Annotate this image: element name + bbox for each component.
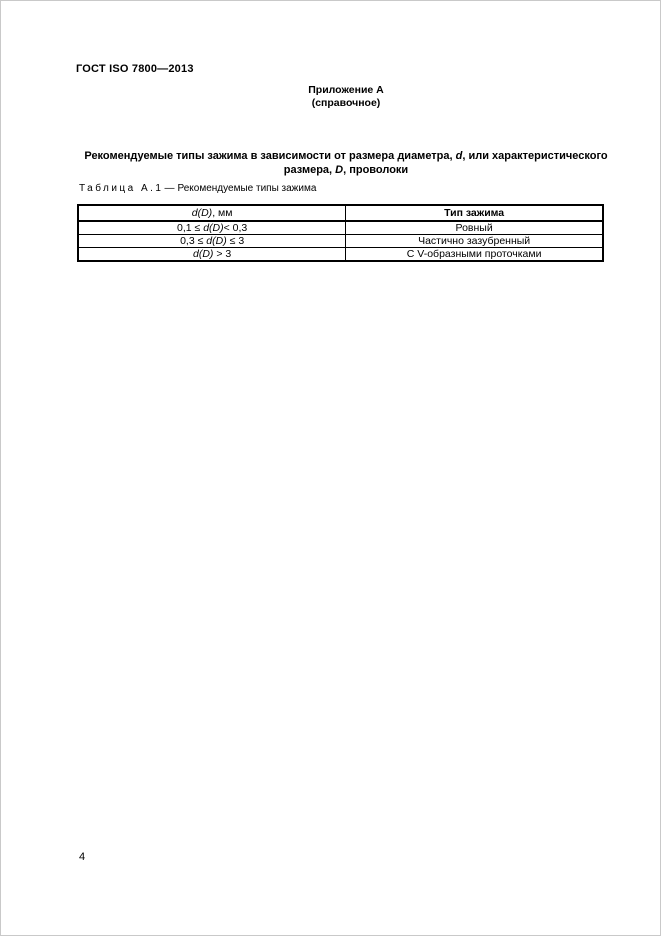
heading-symbol-D: D <box>335 164 343 176</box>
cell-size-range: 0,1 ≤ d(D)< 0,3 <box>78 221 346 235</box>
col1-header-symbol: d(D) <box>192 207 212 219</box>
table-row: 0,3 ≤ d(D) ≤ 3 Частично зазубренный <box>78 235 603 248</box>
heading-text-part3: , проволоки <box>343 164 408 176</box>
annex-block: Приложение А (справочное) <box>76 84 616 109</box>
cell-clamp-type: Частично зазубренный <box>346 235 603 248</box>
page-number: 4 <box>79 851 85 863</box>
column-header-size: d(D), мм <box>78 205 346 221</box>
table-caption-label: Таблица А.1 <box>79 183 164 194</box>
heading-text-part1: Рекомендуемые типы зажима в зависимости … <box>84 150 455 162</box>
table-caption-text: Рекомендуемые типы зажима <box>178 183 317 194</box>
cell-size-range: 0,3 ≤ d(D) ≤ 3 <box>78 235 346 248</box>
document-page: ГОСТ ISO 7800—2013 Приложение А (справоч… <box>0 0 661 936</box>
cell-size-range: d(D) > 3 <box>78 248 346 262</box>
table-header-row: d(D), мм Тип зажима <box>78 205 603 221</box>
column-header-type: Тип зажима <box>346 205 603 221</box>
table-caption: Таблица А.1—Рекомендуемые типы зажима <box>79 183 316 194</box>
size-post: ≤ 3 <box>227 235 244 247</box>
size-post: < 0,3 <box>224 222 248 234</box>
annex-subtitle: (справочное) <box>76 97 616 110</box>
clamp-types-table: d(D), мм Тип зажима 0,1 ≤ d(D)< 0,3 Ровн… <box>77 204 604 262</box>
document-standard-number: ГОСТ ISO 7800—2013 <box>76 63 194 75</box>
size-post: > 3 <box>213 248 231 260</box>
size-symbol: d(D) <box>203 222 223 234</box>
size-pre: 0,3 ≤ <box>180 235 206 247</box>
table-row: d(D) > 3 С V-образными проточками <box>78 248 603 262</box>
cell-clamp-type: Ровный <box>346 221 603 235</box>
size-pre: 0,1 ≤ <box>177 222 203 234</box>
size-symbol: d(D) <box>206 235 226 247</box>
col1-header-post: , мм <box>212 207 232 219</box>
annex-title: Приложение А <box>76 84 616 97</box>
cell-clamp-type: С V-образными проточками <box>346 248 603 262</box>
section-heading: Рекомендуемые типы зажима в зависимости … <box>76 149 616 177</box>
table-row: 0,1 ≤ d(D)< 0,3 Ровный <box>78 221 603 235</box>
table-caption-dash: — <box>164 183 178 194</box>
size-symbol: d(D) <box>193 248 213 260</box>
